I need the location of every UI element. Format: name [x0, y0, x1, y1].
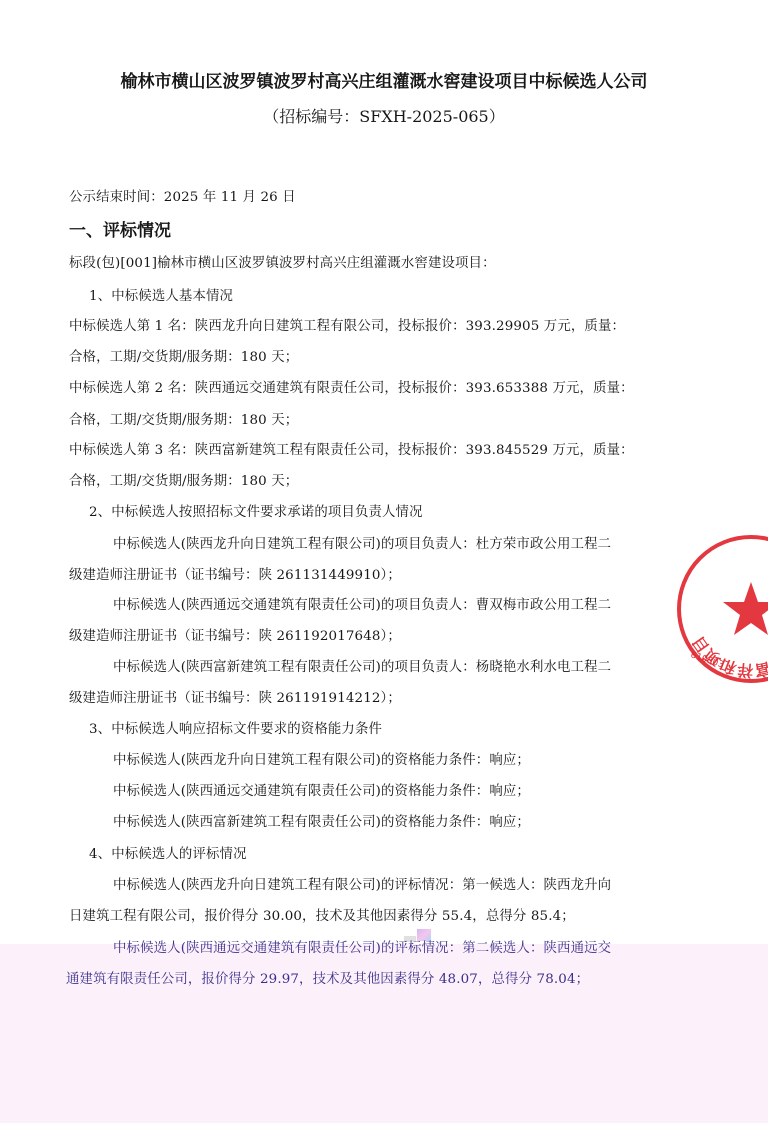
company-seal-stamp: 陕西顺富祥和项目 610303 — [676, 534, 768, 684]
section-heading-evaluation: 一、评标情况 — [69, 220, 171, 242]
project-lead-2-line1: 中标候选人(陕西通远交通建筑有限责任公司)的项目负责人：曹双梅市政公用工程二 — [113, 597, 611, 615]
document-subtitle: （招标编号：SFXH-2025-065） — [0, 106, 768, 128]
subsection-heading-evaluation-results: 4、中标候选人的评标情况 — [89, 846, 247, 864]
notice-end-time: 公示结束时间：2025 年 11 月 26 日 — [69, 189, 296, 207]
star-icon — [723, 582, 768, 635]
document-title: 榆林市横山区波罗镇波罗村高兴庄组灌溉水窖建设项目中标候选人公司 — [0, 71, 768, 93]
project-lead-3-line1: 中标候选人(陕西富新建筑工程有限责任公司)的项目负责人：杨晓艳水利水电工程二 — [113, 659, 611, 677]
candidate-1-line1: 中标候选人第 1 名：陕西龙升向日建筑工程有限公司，投标报价：393.29905… — [69, 318, 625, 336]
candidate-2-line2: 合格，工期/交货期/服务期：180 天； — [69, 412, 298, 430]
qualification-1: 中标候选人(陕西龙升向日建筑工程有限公司)的资格能力条件：响应； — [113, 752, 530, 770]
evaluation-2-line2: 通建筑有限责任公司，报价得分 29.97，技术及其他因素得分 48.07，总得分… — [66, 971, 589, 989]
project-lead-1-line1: 中标候选人(陕西龙升向日建筑工程有限公司)的项目负责人：杜方荣市政公用工程二 — [113, 536, 611, 554]
subsection-heading-basic-info: 1、中标候选人基本情况 — [89, 288, 233, 306]
evaluation-1-line1: 中标候选人(陕西龙升向日建筑工程有限公司)的评标情况：第一候选人：陕西龙升向 — [113, 877, 611, 895]
document-page: 榆林市横山区波罗镇波罗村高兴庄组灌溉水窖建设项目中标候选人公司 （招标编号：SF… — [0, 0, 768, 1123]
lot-line: 标段(包)[001]榆林市横山区波罗镇波罗村高兴庄组灌溉水窖建设项目： — [69, 255, 496, 273]
project-lead-1-line2: 级建造师注册证书（证书编号：陕 261131449910）； — [69, 567, 401, 585]
qualification-2: 中标候选人(陕西通远交通建筑有限责任公司)的资格能力条件：响应； — [113, 783, 530, 801]
subsection-heading-qualification: 3、中标候选人响应招标文件要求的资格能力条件 — [89, 721, 382, 739]
evaluation-2-line1: 中标候选人(陕西通远交通建筑有限责任公司)的评标情况：第二候选人：陕西通远交 — [113, 940, 611, 958]
qualification-3: 中标候选人(陕西富新建筑工程有限责任公司)的资格能力条件：响应； — [113, 814, 530, 832]
project-lead-3-line2: 级建造师注册证书（证书编号：陕 261191914212）； — [69, 690, 401, 708]
candidate-1-line2: 合格，工期/交货期/服务期：180 天； — [69, 349, 298, 367]
subsection-heading-project-lead: 2、中标候选人按照招标文件要求承诺的项目负责人情况 — [89, 504, 423, 522]
candidate-3-line2: 合格，工期/交货期/服务期：180 天； — [69, 473, 298, 491]
candidate-2-line1: 中标候选人第 2 名：陕西通远交通建筑有限责任公司，投标报价：393.65338… — [69, 380, 634, 398]
evaluation-1-line2: 日建筑工程有限公司，报价得分 30.00，技术及其他因素得分 55.4，总得分 … — [69, 908, 575, 926]
project-lead-2-line2: 级建造师注册证书（证书编号：陕 261192017648）； — [69, 628, 401, 646]
candidate-3-line1: 中标候选人第 3 名：陕西富新建筑工程有限责任公司，投标报价：393.84552… — [69, 442, 634, 460]
